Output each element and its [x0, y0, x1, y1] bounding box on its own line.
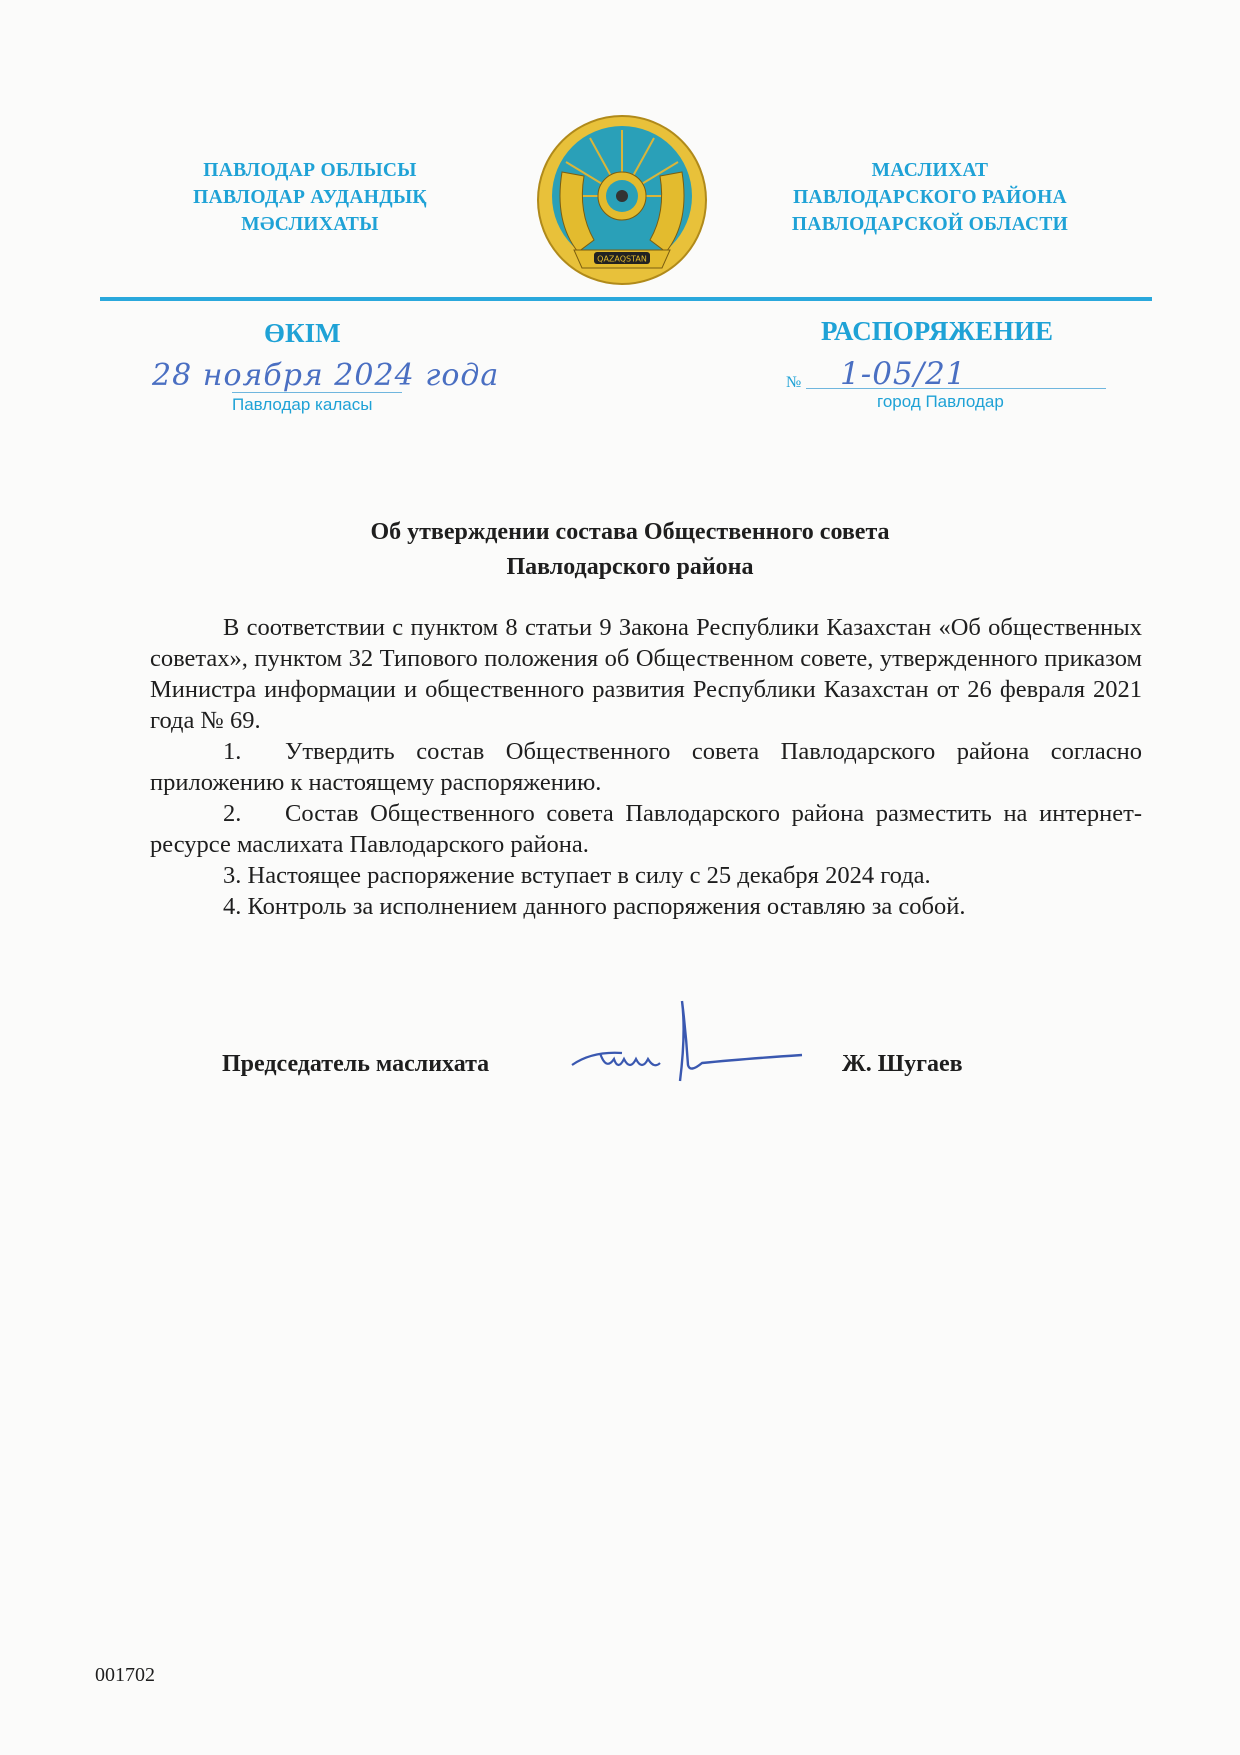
- header-russian-line: ПАВЛОДАРСКОЙ ОБЛАСТИ: [760, 211, 1100, 238]
- header-divider: [100, 297, 1152, 301]
- header-russian-line: ПАВЛОДАРСКОГО РАЙОНА: [760, 184, 1100, 211]
- handwritten-signature-icon: [562, 993, 842, 1103]
- document-body: В соответствии с пунктом 8 статьи 9 Зако…: [150, 612, 1142, 922]
- doc-type-kazakh: ӨКІМ: [264, 318, 341, 349]
- item-text: Настоящее распоряжение вступает в силу с…: [248, 862, 931, 889]
- place-kazakh: Павлодар каласы: [232, 392, 402, 415]
- header-kazakh-line: ПАВЛОДАР АУДАНДЫҚ: [160, 184, 460, 211]
- document-page: ПАВЛОДАР ОБЛЫСЫ ПАВЛОДАР АУДАНДЫҚ МӘСЛИХ…: [0, 0, 1240, 1755]
- handwritten-number: 1-05/21: [840, 356, 967, 392]
- item-number: 3.: [223, 862, 241, 889]
- preamble-paragraph: В соответствии с пунктом 8 статьи 9 Зако…: [150, 612, 1142, 736]
- list-item: 4. Контроль за исполнением данного распо…: [150, 891, 1142, 922]
- header-russian: МАСЛИХАТ ПАВЛОДАРСКОГО РАЙОНА ПАВЛОДАРСК…: [760, 157, 1100, 238]
- header-kazakh: ПАВЛОДАР ОБЛЫСЫ ПАВЛОДАР АУДАНДЫҚ МӘСЛИХ…: [160, 157, 460, 238]
- item-number: 4.: [223, 893, 241, 920]
- header-russian-line: МАСЛИХАТ: [760, 157, 1100, 184]
- list-item: 1.Утвердить состав Общественного совета …: [150, 736, 1142, 798]
- document-title: Об утверждении состава Общественного сов…: [140, 515, 1120, 585]
- place-russian: город Павлодар: [877, 392, 1004, 412]
- signatory-name: Ж. Шугаев: [842, 1051, 963, 1078]
- signatory-title: Председатель маслихата: [222, 1051, 489, 1078]
- item-text: Контроль за исполнением данного распоряж…: [248, 893, 966, 920]
- item-text: Утвердить состав Общественного совета Па…: [150, 738, 1142, 796]
- document-code: 001702: [95, 1664, 155, 1687]
- title-line: Об утверждении состава Общественного сов…: [140, 515, 1120, 550]
- doc-type-russian: РАСПОРЯЖЕНИЕ: [821, 316, 1053, 347]
- list-item: 2.Состав Общественного совета Павлодарск…: [150, 798, 1142, 860]
- item-number: 2.: [223, 798, 285, 829]
- header-kazakh-line: ПАВЛОДАР ОБЛЫСЫ: [160, 157, 460, 184]
- title-line: Павлодарского района: [140, 550, 1120, 585]
- state-emblem-icon: QAZAQSTAN: [534, 112, 710, 288]
- item-number: 1.: [223, 736, 285, 767]
- header-kazakh-line: МӘСЛИХАТЫ: [160, 211, 460, 238]
- list-item: 3. Настоящее распоряжение вступает в сил…: [150, 860, 1142, 891]
- number-label: №: [786, 374, 801, 392]
- item-text: Состав Общественного совета Павлодарског…: [150, 800, 1142, 858]
- handwritten-date: 28 ноября 2024 года: [152, 358, 499, 393]
- svg-text:QAZAQSTAN: QAZAQSTAN: [597, 255, 647, 264]
